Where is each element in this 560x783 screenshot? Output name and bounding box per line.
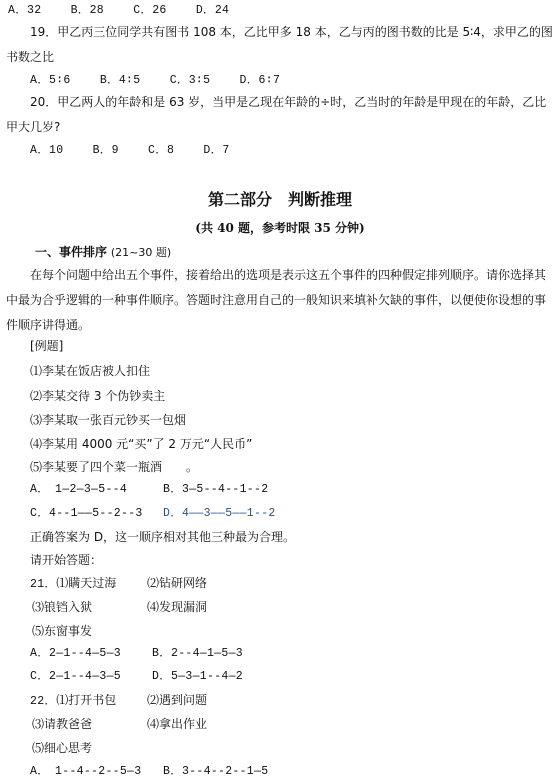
q22-event-3: ⑶请教爸爸 xyxy=(32,716,92,732)
q22-event-5: ⑸细心思考 xyxy=(32,740,92,756)
example-answer: 正确答案为 D，这一顺序相对其他三种最为合理。 xyxy=(30,529,295,545)
q21-event-2: ⑵钻研网络 xyxy=(147,575,207,591)
q20-question-text: 20．甲乙两人的年龄和是 63 岁，当甲是乙现在年龄的÷时，乙当时的年龄是甲现在… xyxy=(6,90,556,140)
q22-option-b: B．3--4--2--1—5 xyxy=(163,764,268,780)
q21-event-4: ⑷发现漏洞 xyxy=(147,599,207,615)
q20-option-d: D．7 xyxy=(203,143,229,159)
q18-option-a: A．32 xyxy=(8,3,41,19)
q22-event-4: ⑷拿出作业 xyxy=(147,716,207,732)
example-option-d: D．4——3——5——1--2 xyxy=(163,506,276,522)
start-prompt: 请开始答题： xyxy=(30,552,102,568)
part2-subtitle: (共 40 题，参考时限 35 分钟) xyxy=(0,219,560,236)
instructions: 在每个问题中给出五个事件，接着给出的选项是表示这五个事件的四种假定排列顺序。请你… xyxy=(6,263,556,338)
example-event-4: ⑷李某用 4000 元“买”了 2 万元“人民币” xyxy=(30,436,252,452)
q19-option-d: D．6∶7 xyxy=(240,73,281,89)
q21-option-d: D．5—3—1--4—2 xyxy=(152,669,243,685)
example-event-1: ⑴李某在饭店被人扣住 xyxy=(30,363,150,379)
q20-option-b: B．9 xyxy=(93,143,119,159)
q18-options: A．32 B．28 C．26 D．24 xyxy=(8,3,229,19)
section-range: (21~30 题) xyxy=(111,246,171,259)
q20-option-c: C．8 xyxy=(148,143,174,159)
example-option-a: A． 1—2—3—5--4 xyxy=(30,482,127,498)
q21-event-1: ⑴瞒天过海 xyxy=(56,576,116,590)
example-event-3: ⑶李某取一张百元钞买一包烟 xyxy=(30,412,186,428)
q22-row-1: 22．⑴打开书包 xyxy=(30,692,116,710)
q19-option-b: B．4∶5 xyxy=(100,73,141,89)
q21-option-a: A．2—1--4—5—3 xyxy=(30,646,121,662)
q22-number: 22． xyxy=(30,695,56,708)
section-heading: 一、事件排序 (21~30 题) xyxy=(35,244,171,261)
q21-row-1: 21．⑴瞒天过海 xyxy=(30,575,116,593)
example-event-2: ⑵李某交待 3 个伪钞卖主 xyxy=(30,388,165,404)
q20-option-a: A．10 xyxy=(30,143,63,159)
q22-option-a: A． 1--4--2--5—3 xyxy=(30,764,141,780)
q19-option-a: A．5∶6 xyxy=(30,73,71,89)
example-option-b: B．3—5--4--1--2 xyxy=(163,482,268,498)
part2-title: 第二部分 判断推理 xyxy=(0,187,560,210)
q18-option-c: C．26 xyxy=(133,3,166,19)
example-option-c: C．4--1——5--2--3 xyxy=(30,506,143,522)
q19-options: A．5∶6 B．4∶5 C．3∶5 D．6∶7 xyxy=(30,73,280,89)
q18-option-b: B．28 xyxy=(71,3,104,19)
q21-event-3: ⑶锒铛入狱 xyxy=(32,599,92,615)
q21-number: 21． xyxy=(30,578,56,591)
example-label: [例题] xyxy=(30,338,63,354)
q21-option-b: B．2--4—1—5—3 xyxy=(152,646,243,662)
q19-option-c: C．3∶5 xyxy=(170,73,211,89)
section-title: 一、事件排序 xyxy=(35,245,107,259)
q22-event-1: ⑴打开书包 xyxy=(56,693,116,707)
example-event-5: ⑸李某要了四个菜一瓶酒 。 xyxy=(30,459,198,475)
q20-options: A．10 B．9 C．8 D．7 xyxy=(30,143,230,159)
q19-question-text: 19．甲乙丙三位同学共有图书 108 本，乙比甲多 18 本，乙与丙的图书数的比… xyxy=(6,20,556,70)
q22-event-2: ⑵遇到问题 xyxy=(147,692,207,708)
q21-event-5: ⑸东窗事发 xyxy=(32,623,92,639)
q18-option-d: D．24 xyxy=(196,3,229,19)
q21-option-c: C．2—1--4—3—5 xyxy=(30,669,121,685)
